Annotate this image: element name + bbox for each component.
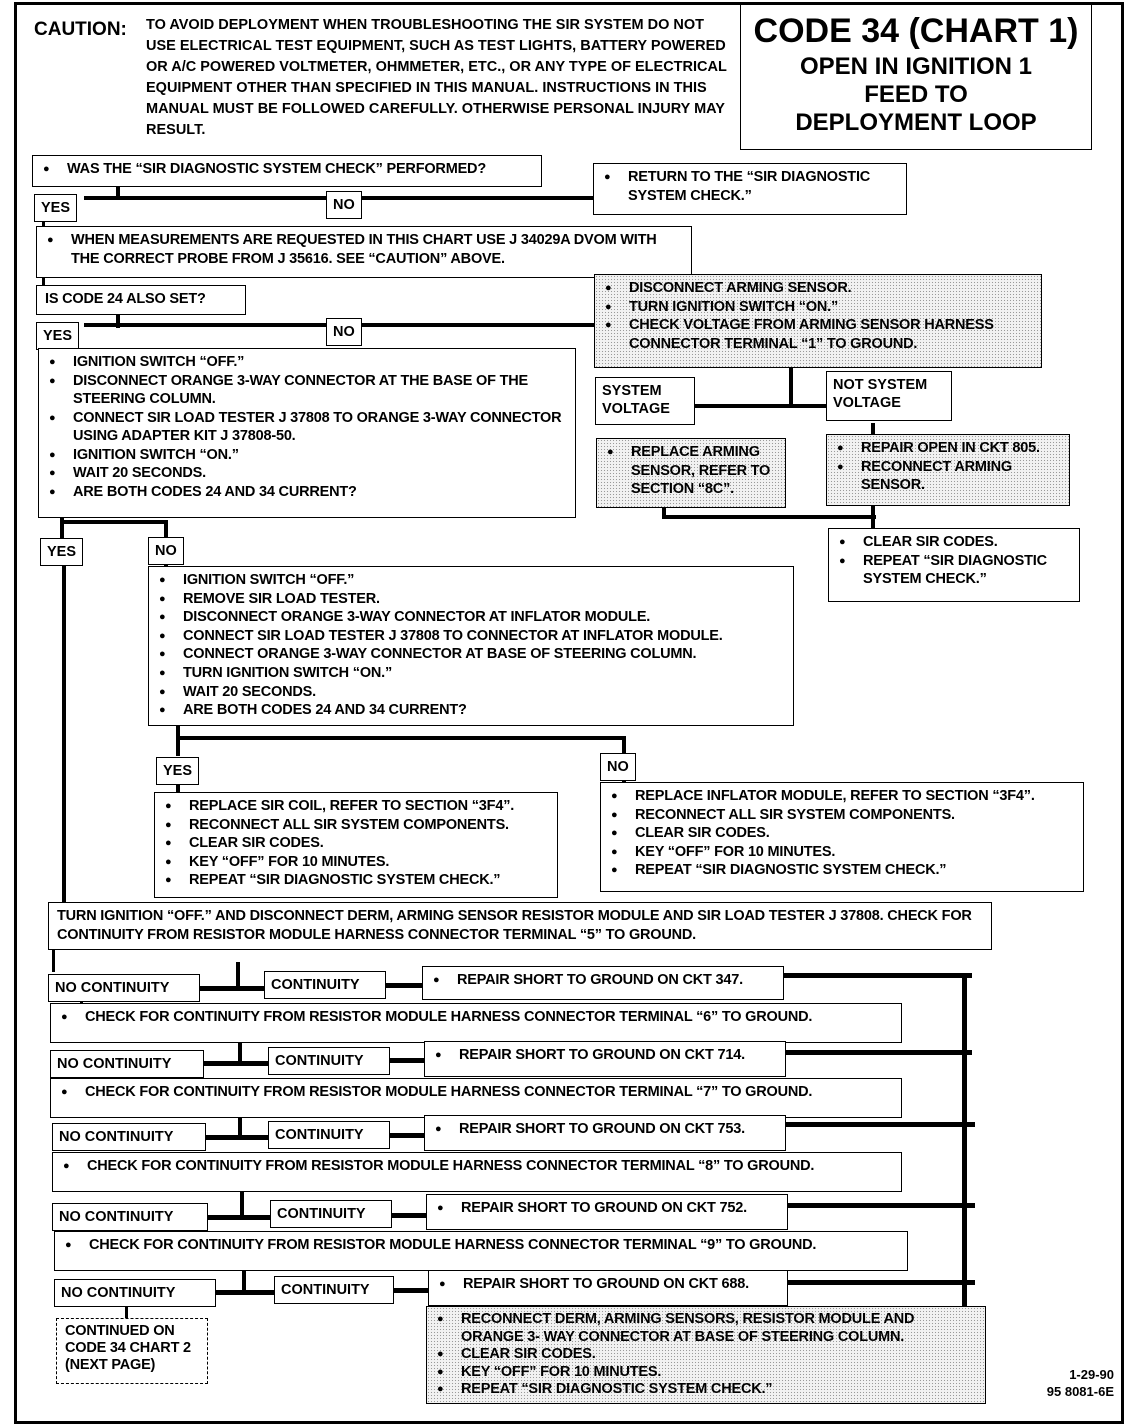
yes-label: YES [34, 194, 77, 222]
no-continuity-label: NO CONTINUITY [48, 974, 200, 1002]
connector [692, 404, 828, 408]
yes-label: YES [36, 322, 79, 350]
connector [125, 1306, 128, 1318]
repair-ckt-347: REPAIR SHORT TO GROUND ON CKT 347. [422, 966, 784, 1000]
continuity-label: CONTINUITY [274, 1276, 394, 1304]
connector [388, 1058, 428, 1063]
connector [176, 736, 626, 740]
footer-doc-id: 95 8081-6E [1047, 1383, 1114, 1400]
connector [787, 1203, 975, 1208]
connector [388, 1133, 428, 1138]
connector [783, 1050, 972, 1055]
connector [392, 1288, 430, 1293]
caution-text: TO AVOID DEPLOYMENT WHEN TROUBLESHOOTING… [146, 15, 736, 141]
step-check-arming-voltage: DISCONNECT ARMING SENSOR. TURN IGNITION … [594, 274, 1042, 368]
continuity-label: CONTINUITY [264, 971, 386, 999]
title-box: CODE 34 (CHART 1) OPEN IN IGNITION 1 FEE… [740, 4, 1092, 150]
connector [216, 1290, 274, 1295]
step-repair-ckt805: REPAIR OPEN IN CKT 805. RECONNECT ARMING… [826, 434, 1070, 506]
continuity-label: CONTINUITY [270, 1200, 392, 1228]
no-label: NO [326, 318, 362, 346]
connector [52, 948, 55, 972]
connector [204, 1061, 270, 1066]
step-code24-question: IS CODE 24 ALSO SET? [36, 285, 246, 315]
step-reconnect-final: RECONNECT DERM, ARMING SENSORS, RESISTOR… [426, 1306, 986, 1404]
continuity-label: CONTINUITY [268, 1121, 390, 1149]
chart-title: CODE 34 (CHART 1) [741, 9, 1091, 53]
no-continuity-label: NO CONTINUITY [50, 1050, 204, 1078]
connector [62, 566, 66, 912]
connector [238, 1115, 242, 1137]
connector [622, 736, 626, 754]
step-replace-arming-sensor: REPLACE ARMING SENSOR, REFER TO SECTION … [596, 438, 786, 508]
connector [789, 367, 793, 407]
no-continuity-label: NO CONTINUITY [52, 1123, 206, 1151]
connector [206, 1215, 272, 1220]
yes-label: YES [40, 538, 83, 566]
system-voltage-label: SYSTEM VOLTAGE [595, 377, 695, 425]
connector [200, 986, 266, 991]
not-system-voltage-label: NOT SYSTEM VOLTAGE [826, 371, 952, 421]
no-label: NO [600, 753, 636, 781]
step-check-terminal-9: CHECK FOR CONTINUITY FROM RESISTOR MODUL… [54, 1231, 908, 1271]
footer: 1-29-90 95 8081-6E [1047, 1366, 1114, 1400]
connector [60, 520, 168, 524]
connector [390, 1213, 430, 1218]
connector [164, 520, 168, 538]
connector [787, 1280, 975, 1285]
connector [962, 973, 967, 1309]
connector [782, 973, 972, 978]
chart-subtitle-3: DEPLOYMENT LOOP [741, 109, 1091, 137]
step-sir-check-performed: WAS THE “SIR DIAGNOSTIC SYSTEM CHECK” PE… [32, 155, 542, 187]
no-continuity-label: NO CONTINUITY [54, 1279, 216, 1307]
repair-ckt-753: REPAIR SHORT TO GROUND ON CKT 753. [424, 1115, 786, 1151]
step-check-terminal-8: CHECK FOR CONTINUITY FROM RESISTOR MODUL… [52, 1152, 902, 1192]
step-connect-load-tester: IGNITION SWITCH “OFF.” DISCONNECT ORANGE… [38, 348, 576, 518]
yes-label: YES [156, 757, 199, 785]
continued-next-page-note: CONTINUED ON CODE 34 CHART 2 (NEXT PAGE) [56, 1318, 208, 1384]
step-replace-sir-coil: REPLACE SIR COIL, REFER TO SECTION “3F4”… [154, 792, 558, 898]
no-continuity-label: NO CONTINUITY [52, 1203, 208, 1231]
continuity-label: CONTINUITY [268, 1047, 390, 1075]
step-clear-codes-arming: CLEAR SIR CODES. REPEAT “SIR DIAGNOSTIC … [828, 528, 1080, 602]
step-check-terminal-7: CHECK FOR CONTINUITY FROM RESISTOR MODUL… [50, 1078, 902, 1118]
no-label: NO [148, 537, 184, 565]
connector [785, 1122, 975, 1127]
step-return-to-check: RETURN TO THE “SIR DIAGNOSTIC SYSTEM CHE… [593, 163, 907, 215]
chart-subtitle-2: FEED TO [741, 81, 1091, 109]
connector [384, 983, 424, 988]
step-replace-inflator-module: REPLACE INFLATOR MODULE, REFER TO SECTIO… [600, 782, 1084, 892]
connector [176, 724, 180, 756]
connector [240, 1190, 244, 1218]
repair-ckt-688: REPAIR SHORT TO GROUND ON CKT 688. [428, 1270, 788, 1306]
step-measurement-note: WHEN MEASUREMENTS ARE REQUESTED IN THIS … [36, 226, 692, 278]
chart-subtitle-1: OPEN IN IGNITION 1 [741, 53, 1091, 81]
step-check-terminal-6: CHECK FOR CONTINUITY FROM RESISTOR MODUL… [50, 1003, 902, 1043]
connector [871, 505, 875, 530]
no-label: NO [326, 191, 362, 219]
step-test-inflator-module: IGNITION SWITCH “OFF.” REMOVE SIR LOAD T… [148, 566, 794, 726]
footer-date: 1-29-90 [1047, 1366, 1114, 1383]
connector [662, 515, 876, 519]
connector [204, 1135, 270, 1140]
caution-label: CAUTION: [34, 19, 127, 41]
step-check-terminal-5: TURN IGNITION “OFF.” AND DISCONNECT DERM… [48, 902, 992, 950]
repair-ckt-714: REPAIR SHORT TO GROUND ON CKT 714. [424, 1041, 786, 1077]
repair-ckt-752: REPAIR SHORT TO GROUND ON CKT 752. [426, 1194, 788, 1230]
